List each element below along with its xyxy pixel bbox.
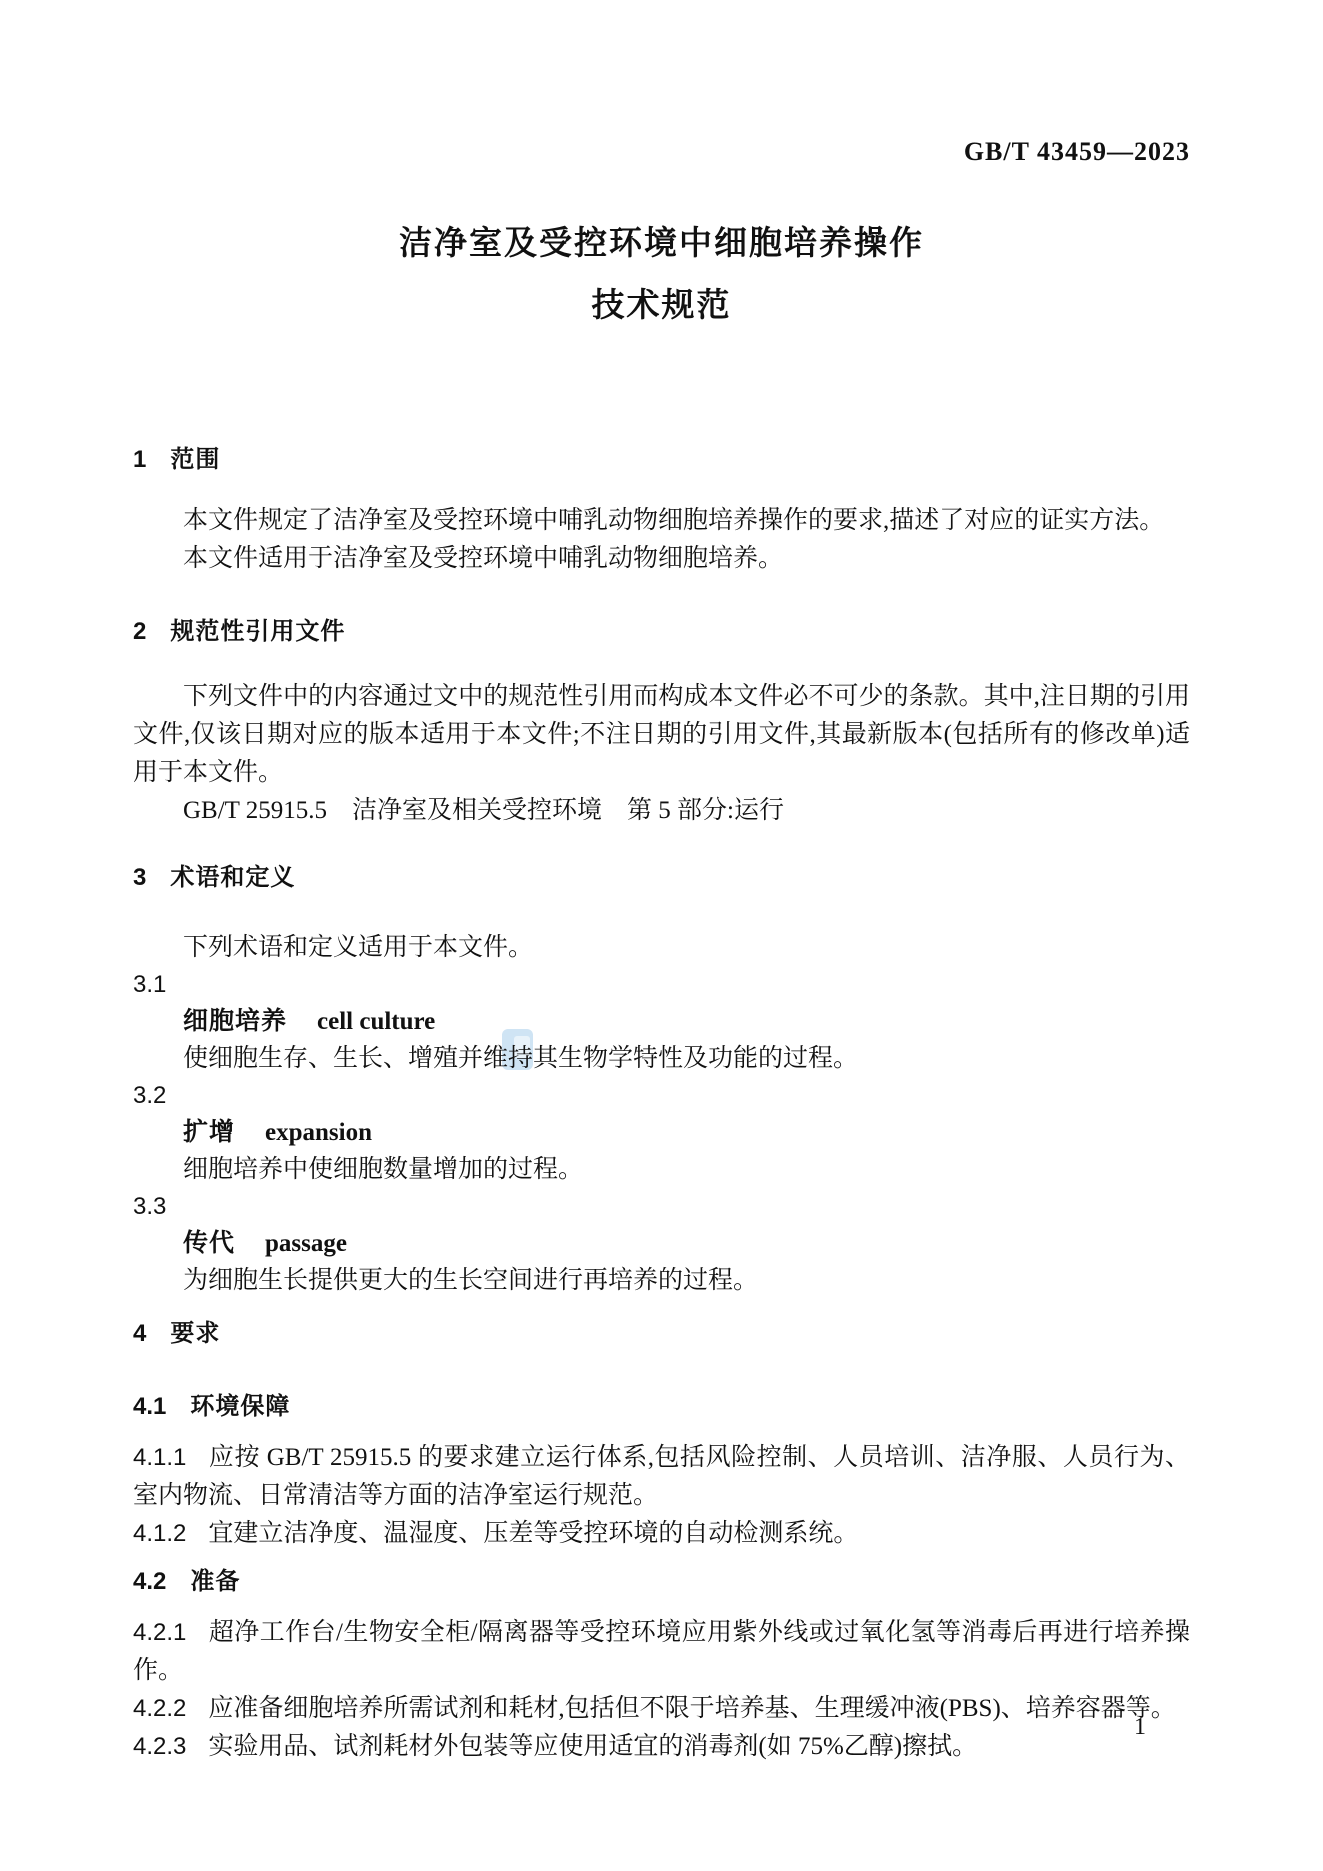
clause-number: 4.2.1 — [133, 1619, 186, 1646]
section-3-title: 术语和定义 — [170, 864, 295, 891]
section-1-number: 1 — [133, 446, 146, 473]
term-heading: 细胞培养cell culture — [133, 1003, 1190, 1040]
scope-paragraph-1: 本文件规定了洁净室及受控环境中哺乳动物细胞培养操作的要求,描述了对应的证实方法。 — [133, 502, 1190, 540]
reference-entry: GB/T 25915.5 洁净室及相关受控环境 第 5 部分:运行 — [133, 792, 1190, 830]
clause-4-1-2: 4.1.2宜建立洁净度、温湿度、压差等受控环境的自动检测系统。 — [133, 1515, 1190, 1553]
term-en: expansion — [265, 1119, 372, 1146]
section-1-title: 范围 — [170, 446, 220, 473]
term-zh: 细胞培养 — [183, 1007, 287, 1035]
section-2-title: 规范性引用文件 — [170, 618, 345, 645]
document-title: 洁净室及受控环境中细胞培养操作 技术规范 — [133, 212, 1190, 336]
clause-4-2-3: 4.2.3实验用品、试剂耗材外包装等应使用适宜的消毒剂(如 75%乙醇)擦拭。 — [133, 1728, 1190, 1766]
term-entry-3-3: 3.3 传代passage 为细胞生长提供更大的生长空间进行再培养的过程。 — [133, 1188, 1190, 1299]
term-heading: 扩增expansion — [133, 1114, 1190, 1151]
clause-number: 4.2.2 — [133, 1695, 186, 1722]
clause-text: 应准备细胞培养所需试剂和耗材,包括但不限于培养基、生理缓冲液(PBS)、培养容器… — [208, 1695, 1175, 1722]
page-number: 1 — [1134, 1712, 1146, 1742]
clause-number: 4.2.3 — [133, 1733, 186, 1760]
page-content: GB/T 43459—2023 洁净室及受控环境中细胞培养操作 技术规范 1范围… — [133, 0, 1190, 1766]
document-title-line1: 洁净室及受控环境中细胞培养操作 — [133, 212, 1190, 274]
section-1-heading: 1范围 — [133, 442, 1190, 478]
section-4-1-heading: 4.1环境保障 — [133, 1389, 1190, 1425]
clause-text: 超净工作台/生物安全柜/隔离器等受控环境应用紫外线或过氧化氢等消毒后再进行培养操… — [133, 1619, 1190, 1684]
term-number: 3.3 — [133, 1188, 1190, 1225]
scope-paragraph-2: 本文件适用于洁净室及受控环境中哺乳动物细胞培养。 — [133, 540, 1190, 578]
term-definition: 为细胞生长提供更大的生长空间进行再培养的过程。 — [133, 1262, 1190, 1299]
section-3-number: 3 — [133, 864, 146, 891]
document-title-line2: 技术规范 — [133, 274, 1190, 336]
term-definition: 使细胞生存、生长、增殖并维持其生物学特性及功能的过程。 — [133, 1040, 1190, 1077]
section-4-number: 4 — [133, 1320, 146, 1347]
standard-code: GB/T 43459—2023 — [133, 136, 1190, 168]
clause-number: 4.1.2 — [133, 1520, 186, 1547]
section-4-1-number: 4.1 — [133, 1393, 166, 1420]
section-3-heading: 3术语和定义 — [133, 860, 1190, 896]
references-paragraph: 下列文件中的内容通过文中的规范性引用而构成本文件必不可少的条款。其中,注日期的引… — [133, 678, 1190, 792]
section-4-2-number: 4.2 — [133, 1568, 166, 1595]
section-2-heading: 2规范性引用文件 — [133, 614, 1190, 650]
term-heading: 传代passage — [133, 1225, 1190, 1262]
term-entry-3-2: 3.2 扩增expansion 细胞培养中使细胞数量增加的过程。 — [133, 1077, 1190, 1188]
terms-intro: 下列术语和定义适用于本文件。 — [133, 929, 1190, 966]
section-4-heading: 4要求 — [133, 1316, 1190, 1352]
term-definition: 细胞培养中使细胞数量增加的过程。 — [133, 1151, 1190, 1188]
clause-number: 4.1.1 — [133, 1444, 186, 1471]
term-zh: 传代 — [183, 1229, 235, 1257]
term-en: passage — [265, 1230, 347, 1257]
clause-4-2-2: 4.2.2应准备细胞培养所需试剂和耗材,包括但不限于培养基、生理缓冲液(PBS)… — [133, 1690, 1190, 1728]
term-number: 3.1 — [133, 966, 1190, 1003]
clause-4-2-1: 4.2.1超净工作台/生物安全柜/隔离器等受控环境应用紫外线或过氧化氢等消毒后再… — [133, 1614, 1190, 1690]
section-4-2-title: 准备 — [190, 1568, 240, 1595]
term-number: 3.2 — [133, 1077, 1190, 1114]
term-zh: 扩增 — [183, 1118, 235, 1146]
clause-4-1-1: 4.1.1应按 GB/T 25915.5 的要求建立运行体系,包括风险控制、人员… — [133, 1439, 1190, 1515]
section-4-1-title: 环境保障 — [190, 1393, 290, 1420]
clause-text: 宜建立洁净度、温湿度、压差等受控环境的自动检测系统。 — [208, 1520, 858, 1547]
clause-text: 实验用品、试剂耗材外包装等应使用适宜的消毒剂(如 75%乙醇)擦拭。 — [208, 1733, 977, 1760]
term-entry-3-1: 3.1 细胞培养cell culture 使细胞生存、生长、增殖并维持其生物学特… — [133, 966, 1190, 1077]
section-4-2-heading: 4.2准备 — [133, 1564, 1190, 1600]
clause-text: 应按 GB/T 25915.5 的要求建立运行体系,包括风险控制、人员培训、洁净… — [133, 1444, 1190, 1509]
section-4-title: 要求 — [170, 1320, 220, 1347]
term-en: cell culture — [317, 1008, 435, 1035]
document-page: GB/T 43459—2023 洁净室及受控环境中细胞培养操作 技术规范 1范围… — [0, 0, 1323, 1871]
section-2-number: 2 — [133, 618, 146, 645]
